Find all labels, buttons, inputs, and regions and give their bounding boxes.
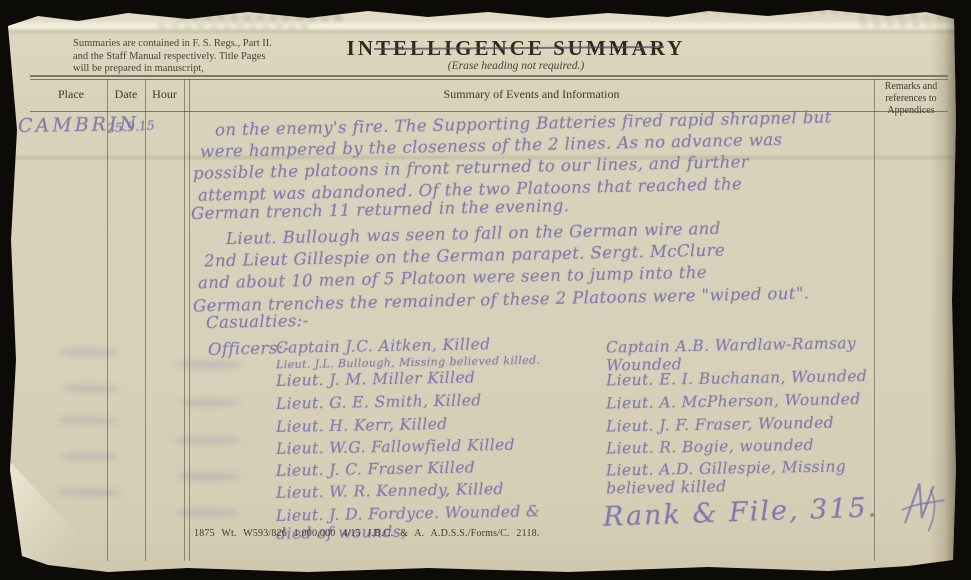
ink-bleed-through <box>178 15 343 21</box>
casualty-right: Lieut. J. F. Fraser, Wounded <box>606 412 896 435</box>
column-divider <box>189 79 190 561</box>
table-rule <box>30 75 948 77</box>
page-edge-shadow <box>930 0 956 578</box>
casualty-row: Lieut. W.G. Fallowfield Killed Lieut. R.… <box>276 437 896 455</box>
form-instructions-line: Summaries are contained in F. S. Regs., … <box>73 38 272 51</box>
diary-page-paper: Summaries are contained in F. S. Regs., … <box>8 0 956 578</box>
ink-bleed-through <box>158 24 308 29</box>
casualties-label: Casualties:- <box>206 311 309 332</box>
casualty-right: Lieut. A. McPherson, Wounded <box>606 389 896 412</box>
column-divider <box>184 79 185 561</box>
form-imprint: 1875 Wt. W593/826 1,000,000 4/15 J.B.C. … <box>194 528 540 539</box>
date-entry: 25.9.15 <box>107 117 156 135</box>
column-header-summary: Summary of Events and Information <box>189 87 874 102</box>
casualty-left: Lieut. W. R. Kennedy, Killed <box>276 478 606 502</box>
page-subtitle: (Erase heading not required.) <box>346 60 686 72</box>
handwriting-bleed-through <box>62 452 118 461</box>
handwriting-bleed-through <box>64 384 118 393</box>
casualty-left: Lieut. G. E. Smith, Killed <box>276 389 606 413</box>
column-divider <box>107 79 108 561</box>
form-instructions: Summaries are contained in F. S. Regs., … <box>73 38 272 76</box>
table-rule <box>30 79 948 80</box>
ink-bleed-through <box>860 22 940 27</box>
casualty-right: Lieut. R. Bogie, wounded <box>606 434 896 457</box>
casualty-left: Lieut. H. Kerr, Killed <box>276 412 606 436</box>
casualty-left: Lieut. J. M. Miller Killed <box>276 366 606 390</box>
ink-bleed-through <box>688 8 858 14</box>
handwriting-bleed-through <box>178 472 240 481</box>
form-instructions-line: will be prepared in manuscript, <box>73 63 272 76</box>
casualty-row: Lieut. H. Kerr, Killed Lieut. J. F. Fras… <box>276 415 896 433</box>
column-header-hour: Hour <box>145 87 184 102</box>
paper-crease <box>8 20 956 32</box>
paper-crease <box>8 30 956 33</box>
casualty-row: Lieut. G. E. Smith, Killed Lieut. A. McP… <box>276 392 896 410</box>
casualty-row: Lieut. J. M. Miller Killed Lieut. E. I. … <box>276 369 896 387</box>
casualty-left: Lieut. W.G. Fallowfield Killed <box>276 434 606 458</box>
handwriting-bleed-through <box>60 348 118 357</box>
handwriting-bleed-through <box>176 508 240 517</box>
scanned-war-diary-page: { "header": { "note_lines": [ "Summaries… <box>0 0 971 580</box>
handwriting-bleed-through <box>176 360 242 369</box>
column-header-place: Place <box>36 87 106 102</box>
handwriting-bleed-through <box>58 416 118 425</box>
form-instructions-line: and the Staff Manual respectively. Title… <box>73 51 272 64</box>
handwriting-bleed-through <box>58 488 120 497</box>
casualty-right: Lieut. E. I. Buchanan, Wounded <box>606 366 896 389</box>
torn-corner <box>8 430 118 578</box>
column-divider <box>145 79 146 561</box>
column-header-date: Date <box>107 87 145 102</box>
